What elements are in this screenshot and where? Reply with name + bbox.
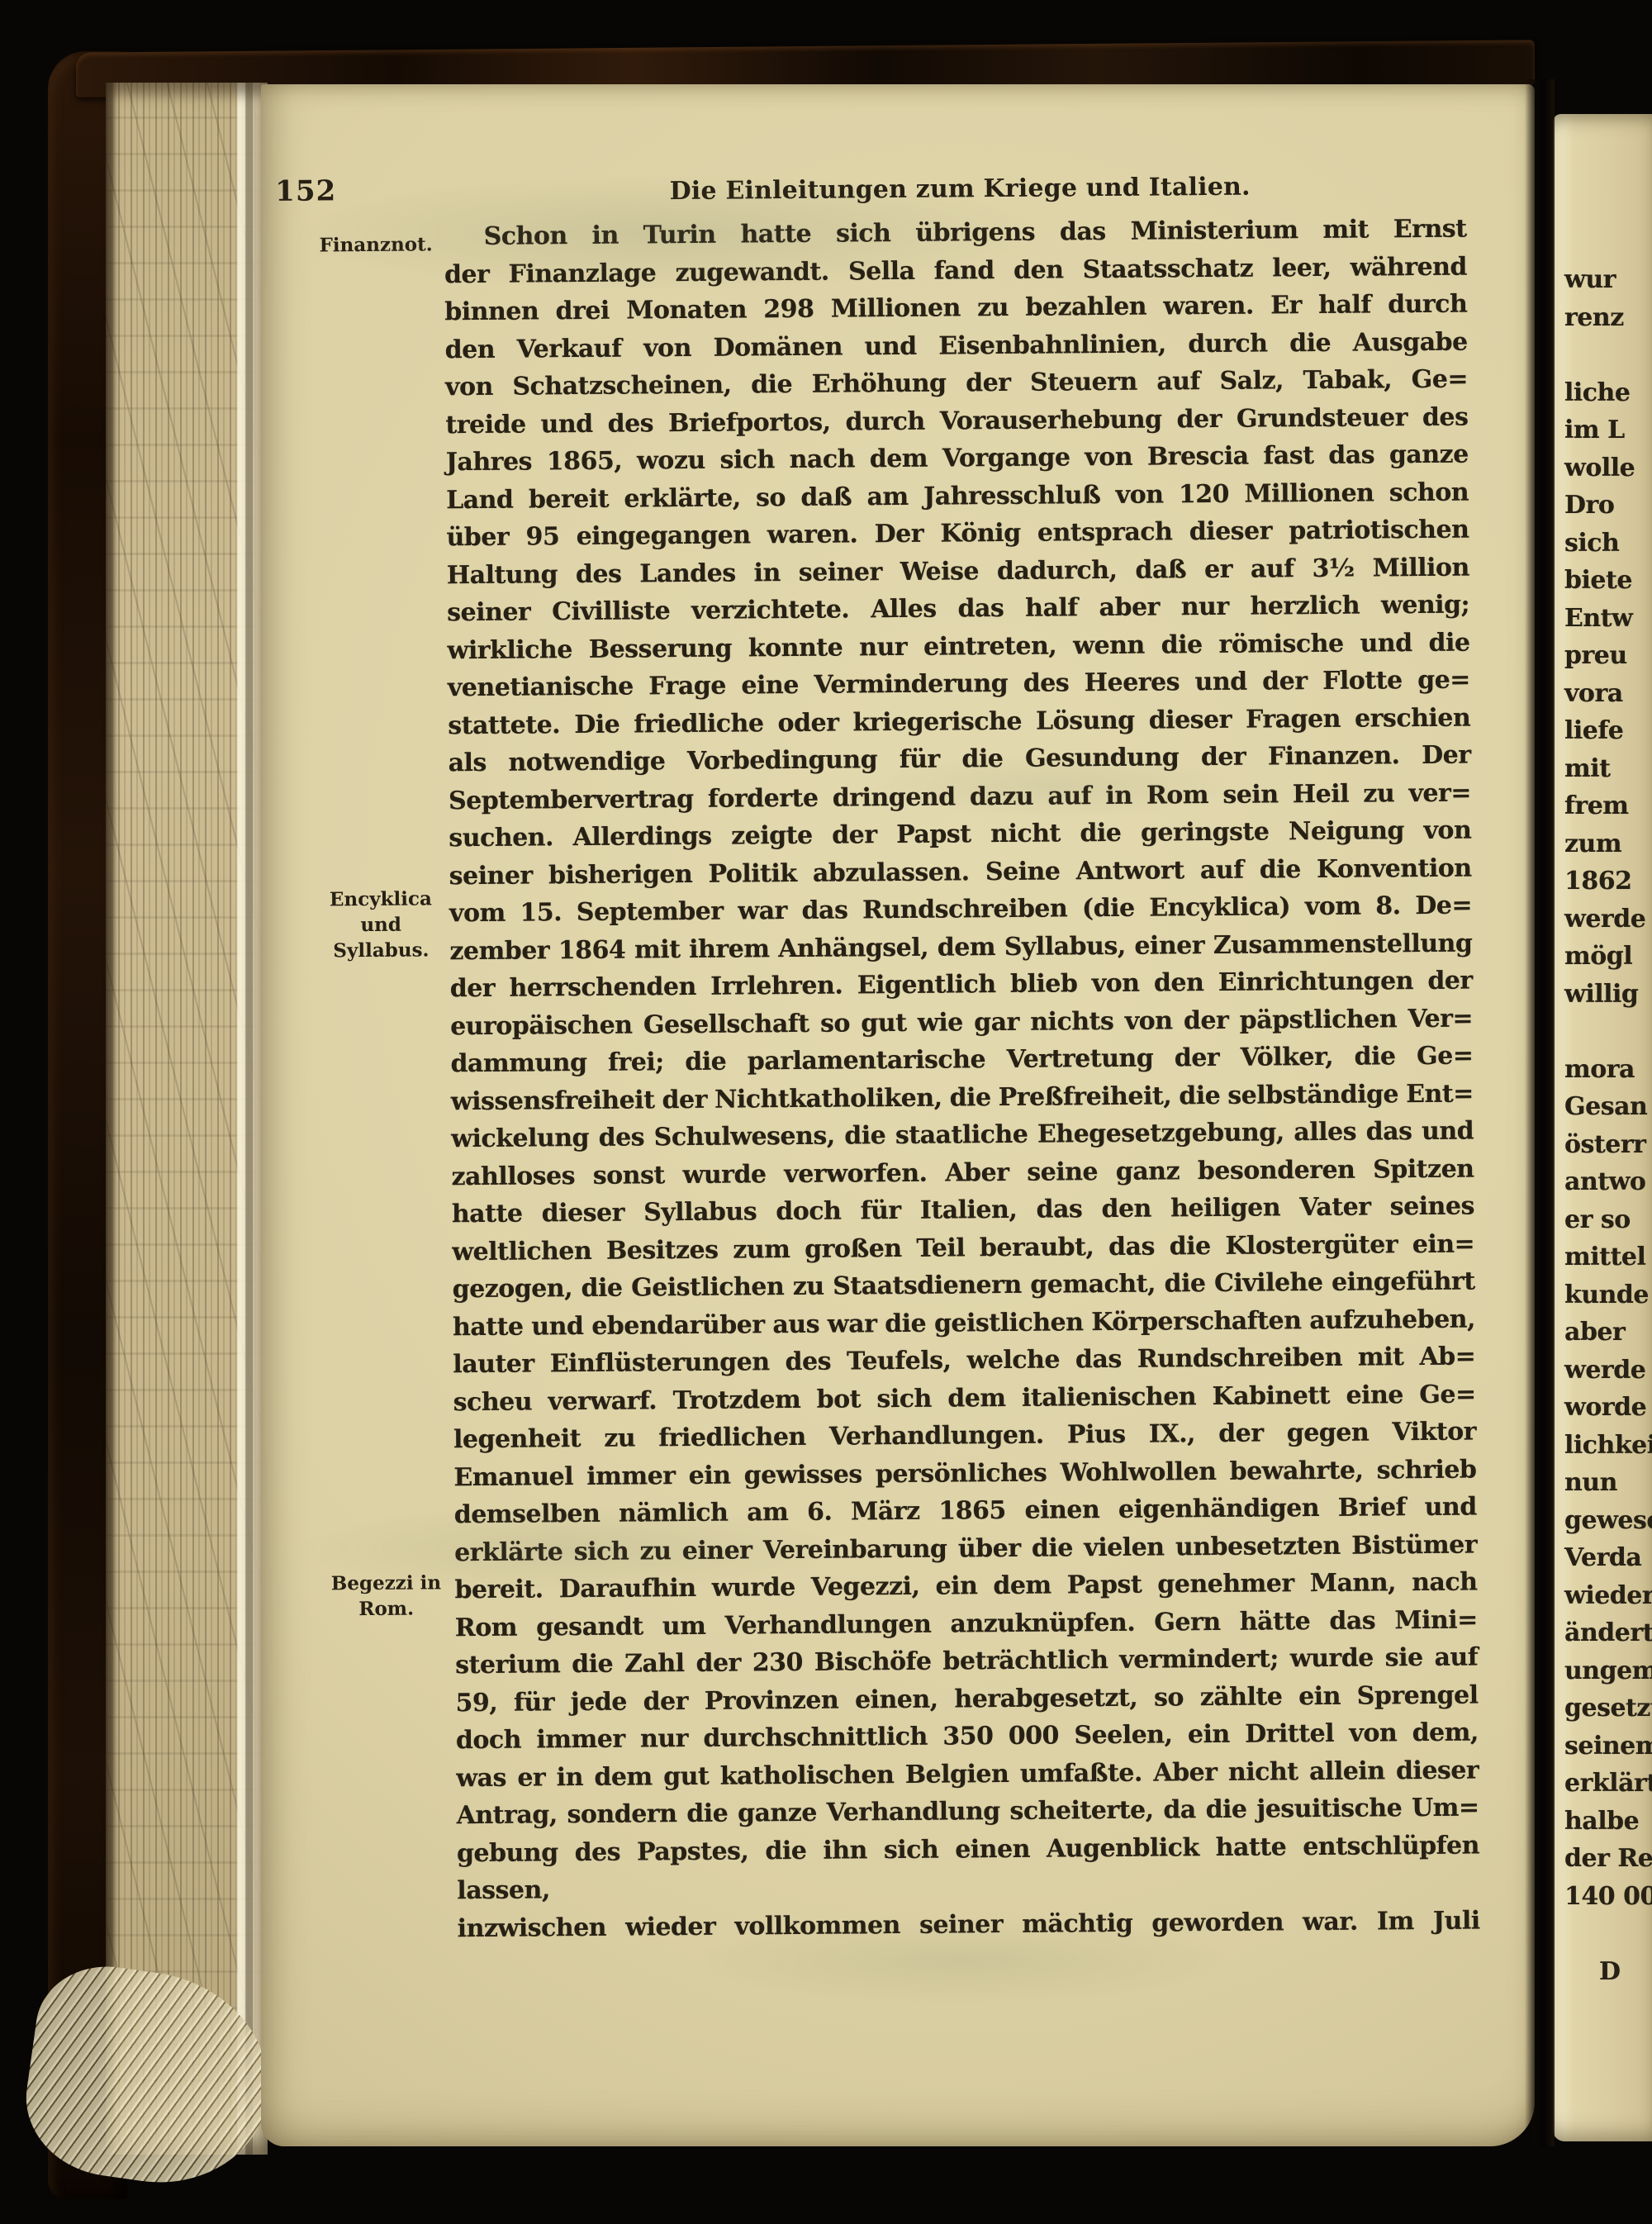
right-page-text-line: werde [1564,1352,1652,1390]
right-page-text-line: mögl [1564,938,1652,976]
photo-background: 152 Die Einleitungen zum Kriege und Ital… [0,0,1652,2224]
right-page-text-line: zum [1564,825,1652,863]
right-page-text-line: er so [1564,1201,1652,1239]
right-page-text-line [1564,1915,1652,1953]
body-text-line: gebung des Papstes, die ihn sich einen A… [457,1827,1480,1910]
right-page-text-line [1564,336,1652,374]
right-page-text-line: halbe [1564,1803,1652,1841]
margin-note-line: Encyklica und [324,886,438,938]
page-edges-stack [106,83,268,2155]
page-number: 152 [275,174,336,208]
right-page-text-line: erklärte [1564,1765,1652,1803]
right-page-text-line: vora [1564,675,1652,713]
right-page-text-line: Dro [1564,487,1652,525]
left-page: 152 Die Einleitungen zum Kriege und Ital… [261,84,1535,2146]
gutter-shadow [1525,79,1555,2146]
right-page-text-line: im L [1564,411,1652,449]
right-page-text-line: liche [1564,374,1652,412]
right-page-text-line: wieder [1564,1577,1652,1615]
right-page-text-line: Entw [1564,600,1652,638]
right-page-text-line: sich [1564,525,1652,563]
margin-note-line: Finanznot. [319,231,433,258]
right-page-text-line [1564,1013,1652,1051]
margin-note-finanznot: Finanznot. [319,231,433,258]
right-page-text-line: willig [1564,976,1652,1014]
right-page-text-line: kunde [1564,1276,1652,1314]
right-page-text-line: seinem [1564,1727,1652,1765]
right-page-text-line: 140 00 [1564,1878,1652,1916]
right-page-text-line: ungem [1564,1652,1652,1690]
margin-note-line: Syllabus. [324,937,438,963]
margin-note-line: Rom. [330,1595,444,1622]
margin-note-begezzi-rom: Begezzi in Rom. [329,1570,443,1622]
right-page-text-line: aber [1564,1314,1652,1352]
right-page-text-line: frem [1564,787,1652,825]
right-page-text-line: wur [1564,261,1652,299]
right-page-text-line: gewese [1564,1502,1652,1540]
left-page-content: 152 Die Einleitungen zum Kriege und Ital… [253,79,1543,2151]
right-page-text-line: worde [1564,1389,1652,1427]
right-page-text-line: werde [1564,901,1652,939]
right-page-text-line: mittel [1564,1238,1652,1276]
right-page-text-line: wolle [1564,449,1652,487]
margin-note-line: Begezzi in [329,1570,443,1596]
margin-note-encyklica-syllabus: Encyklica und Syllabus. [324,886,439,963]
right-page-text-fragments: wurrenzlicheim LwolleDrosichbieteEntwpre… [1564,261,1652,1990]
right-page-text-line: der Re [1564,1840,1652,1878]
right-page-text-line: preu [1564,637,1652,675]
right-page-text-line: gesetzt, [1564,1689,1652,1727]
right-page-text-line: biete [1564,562,1652,600]
right-page-sliver: wurrenzlicheim LwolleDrosichbieteEntwpre… [1553,114,1652,2141]
right-page-text-line: antwo [1564,1163,1652,1201]
right-page-text-line: lichkei [1564,1427,1652,1465]
right-page-text-line: renz [1564,299,1652,337]
right-page-text-line: Verda [1564,1539,1652,1577]
right-page-text-line: ändert [1564,1614,1652,1652]
right-page-text-line: 1862 [1564,863,1652,901]
right-page-text-line: D [1564,1953,1652,1991]
running-header: Die Einleitungen zum Kriege und Italien. [567,172,1352,207]
right-page-text-line: mora [1564,1051,1652,1089]
body-text: Schon in Turin hatte sich übrigens das M… [444,211,1479,1948]
body-text-line: inzwischen wieder vollkommen seiner mäch… [458,1902,1480,1947]
right-page-text-line: mit [1564,750,1652,788]
right-page-text-line: Gesan [1564,1088,1652,1126]
right-page-text-line: österr [1564,1126,1652,1164]
right-page-text-line: nun [1564,1464,1652,1502]
right-page-text-line: liefe [1564,712,1652,750]
